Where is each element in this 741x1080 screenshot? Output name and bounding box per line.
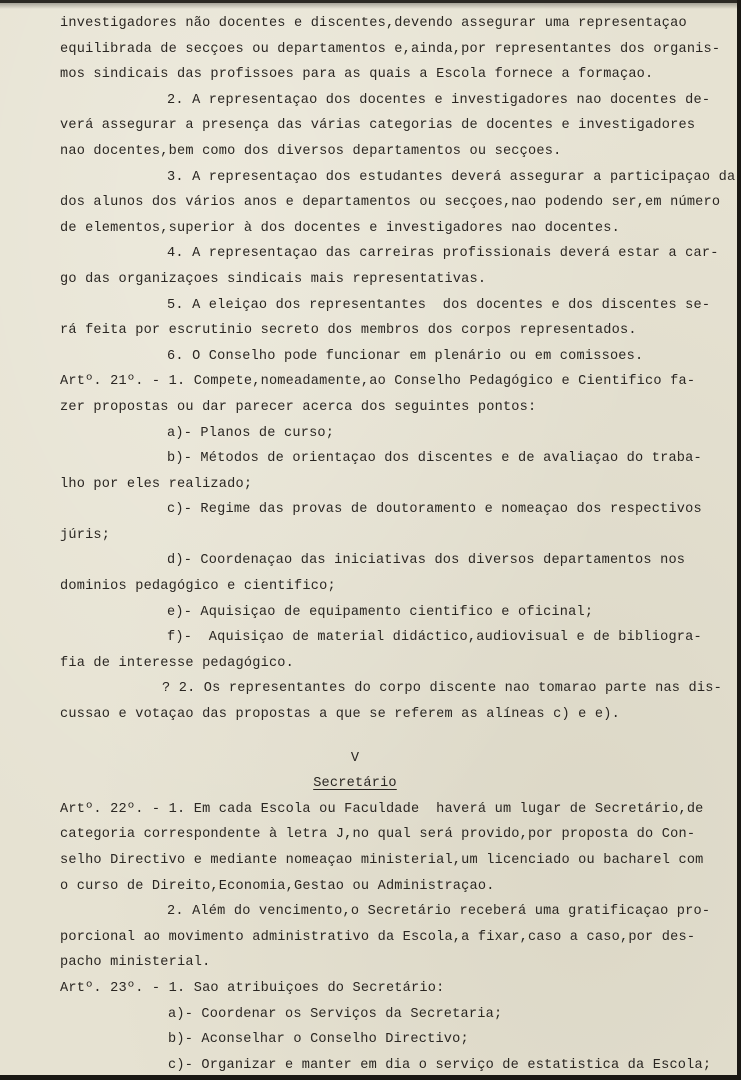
text-line: verá assegurar a presença das várias cat… — [60, 113, 720, 139]
text-line: Artº. 21º. - 1. Compete,nomeadamente,ao … — [60, 369, 720, 395]
chapter-number: V — [60, 746, 720, 772]
text-line: 5. A eleiçao dos representantes dos doce… — [60, 293, 720, 319]
chapter-title: Secretário — [60, 771, 720, 797]
text-line: b)- Métodos de orientaçao dos discentes … — [60, 446, 720, 472]
document-page: investigadores não docentes e discentes,… — [0, 0, 737, 1075]
text-line: 3. A representaçao dos estudantes deverá… — [60, 165, 720, 191]
text-line: investigadores não docentes e discentes,… — [60, 11, 720, 37]
text-line: a)- Planos de curso; — [60, 421, 720, 447]
text-line: zer propostas ou dar parecer acerca dos … — [60, 395, 720, 421]
text-line: dos alunos dos vários anos e departament… — [60, 190, 720, 216]
text-line: 2. Além do vencimento,o Secretário receb… — [60, 899, 720, 925]
text-line: c)- Regime das provas de doutoramento e … — [60, 497, 720, 523]
text-line: selho Directivo e mediante nomeaçao mini… — [60, 848, 720, 874]
text-line: dominios pedagógico e cientifico; — [60, 574, 720, 600]
text-line: cussao e votaçao das propostas a que se … — [60, 702, 720, 728]
text-line: e)- Aquisiçao de equipamento cientifico … — [60, 600, 720, 626]
text-line: de elementos,superior à dos docentes e i… — [60, 216, 720, 242]
text-line: porcional ao movimento administrativo da… — [60, 925, 720, 951]
text-line: a)- Coordenar os Serviços da Secretaria; — [60, 1002, 720, 1028]
article-22-23-block: Artº. 22º. - 1. Em cada Escola ou Faculd… — [60, 797, 720, 1079]
text-line: c)- Organizar e manter em dia o serviço … — [60, 1053, 720, 1079]
text-line: júris; — [60, 523, 720, 549]
text-line: categoria correspondente à letra J,no qu… — [60, 822, 720, 848]
chapter-title-text: Secretário — [313, 776, 397, 791]
text-line: b)- Aconselhar o Conselho Directivo; — [60, 1027, 720, 1053]
text-line: 6. O Conselho pode funcionar em plenário… — [60, 344, 720, 370]
article-20-21-block: investigadores não docentes e discentes,… — [60, 11, 720, 728]
text-line: 2. A representaçao dos docentes e invest… — [60, 88, 720, 114]
text-line: Artº. 22º. - 1. Em cada Escola ou Faculd… — [60, 797, 720, 823]
text-line: ? 2. Os representantes do corpo discente… — [60, 676, 720, 702]
text-line: pacho ministerial. — [60, 950, 720, 976]
text-line: fia de interesse pedagógico. — [60, 651, 720, 677]
text-line: equilibrada de secçoes ou departamentos … — [60, 37, 720, 63]
text-line: mos sindicais das profissoes para as qua… — [60, 62, 720, 88]
section-gap — [60, 728, 720, 746]
text-line: o curso de Direito,Economia,Gestao ou Ad… — [60, 874, 720, 900]
text-line: nao docentes,bem como dos diversos depar… — [60, 139, 720, 165]
text-line: lho por eles realizado; — [60, 472, 720, 498]
typewritten-text: investigadores não docentes e discentes,… — [60, 11, 720, 1078]
text-line: rá feita por escrutinio secreto dos memb… — [60, 318, 720, 344]
text-line: Artº. 23º. - 1. Sao atribuiçoes do Secre… — [60, 976, 720, 1002]
text-line: go das organizaçoes sindicais mais repre… — [60, 267, 720, 293]
text-line: f)- Aquisiçao de material didáctico,audi… — [60, 625, 720, 651]
text-line: 4. A representaçao das carreiras profiss… — [60, 241, 720, 267]
text-line: d)- Coordenaçao das iniciativas dos dive… — [60, 548, 720, 574]
